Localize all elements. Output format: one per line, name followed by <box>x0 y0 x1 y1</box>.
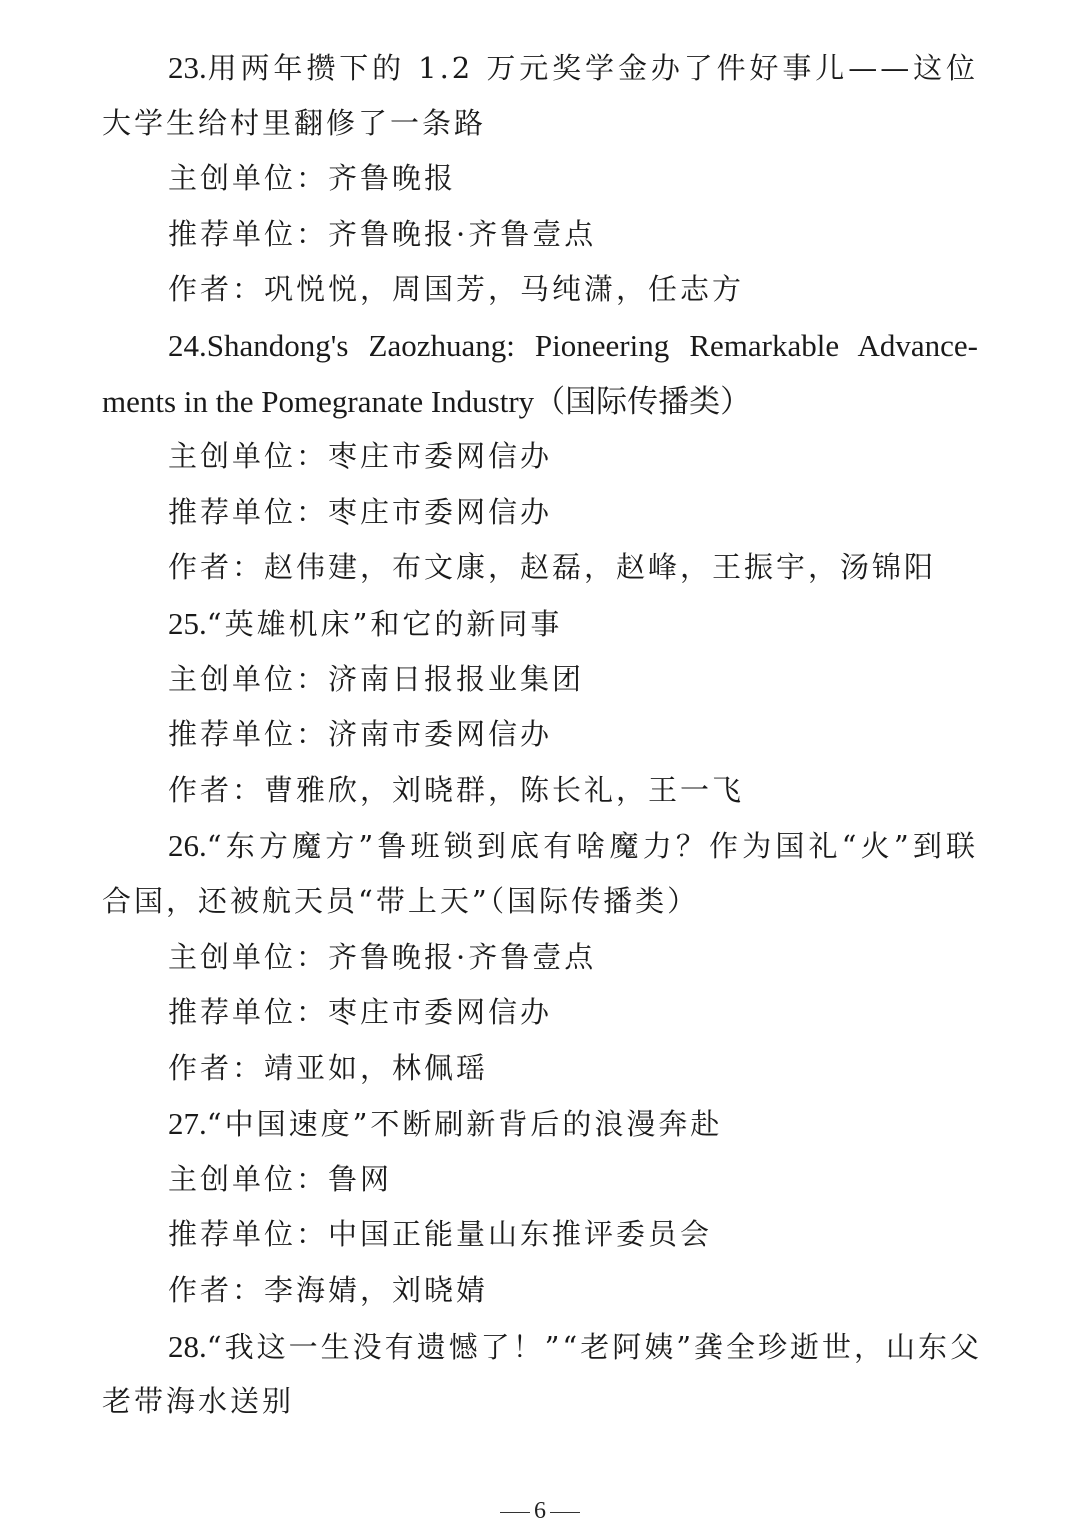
entry-number: 24. <box>168 328 207 363</box>
authors-value: 巩悦悦，周国芳，马纯潇，任志方 <box>264 272 744 306</box>
entry-25-title-line-1: 25.“英雄机床”和它的新同事 <box>102 596 978 652</box>
entry-24-producer: 主创单位：枣庄市委网信办 <box>102 429 978 485</box>
footer-dash-right <box>550 1512 580 1514</box>
entry-number: 25. <box>168 606 207 641</box>
entry-title: “我这一生没有遗憾了！”“老阿姨”龚全珍逝世，山东父 <box>207 1330 982 1364</box>
authors-label: 作者： <box>168 1273 264 1307</box>
producer-label: 主创单位： <box>168 161 328 195</box>
authors-value: 李海婧，刘晓婧 <box>264 1273 488 1307</box>
page-footer: 6 <box>0 1498 1080 1525</box>
authors-value: 赵伟建，布文康，赵磊，赵峰，王振宇，汤锦阳 <box>264 550 936 584</box>
recommender-value: 枣庄市委网信办 <box>328 995 552 1029</box>
entry-number: 27. <box>168 1106 207 1141</box>
entry-25-authors: 作者：曹雅欣，刘晓群，陈长礼，王一飞 <box>102 763 978 819</box>
footer-dash-left <box>500 1512 530 1514</box>
entry-title: “英雄机床”和它的新同事 <box>207 607 563 641</box>
entry-24-recommender: 推荐单位：枣庄市委网信办 <box>102 485 978 541</box>
authors-value: 靖亚如，林佩瑶 <box>264 1051 488 1085</box>
entry-title: 用两年攒下的 1.2 万元奖学金办了件好事儿——这位 <box>207 51 978 85</box>
entry-list: 23.用两年攒下的 1.2 万元奖学金办了件好事儿——这位 大学生给村里翻修了一… <box>102 40 978 1430</box>
entry-28-title-line-2: 老带海水送别 <box>102 1374 978 1430</box>
entry-25-recommender: 推荐单位：济南市委网信办 <box>102 707 978 763</box>
recommender-value: 齐鲁晚报·齐鲁壹点 <box>328 217 596 251</box>
authors-label: 作者： <box>168 272 264 306</box>
recommender-label: 推荐单位： <box>168 495 328 529</box>
authors-label: 作者： <box>168 550 264 584</box>
entry-27-authors: 作者：李海婧，刘晓婧 <box>102 1263 978 1319</box>
entry-24-authors: 作者：赵伟建，布文康，赵磊，赵峰，王振宇，汤锦阳 <box>102 540 978 596</box>
producer-value: 枣庄市委网信办 <box>328 439 552 473</box>
producer-value: 济南日报报业集团 <box>328 662 584 696</box>
entry-title: Shandong's Zaozhuang: Pioneering Remarka… <box>207 328 978 363</box>
entry-23-title-line-2: 大学生给村里翻修了一条路 <box>102 96 978 152</box>
entry-26-recommender: 推荐单位：枣庄市委网信办 <box>102 985 978 1041</box>
producer-value: 鲁网 <box>328 1162 392 1196</box>
recommender-label: 推荐单位： <box>168 1217 328 1251</box>
entry-26-title-line-2: 合国，还被航天员“带上天”（国际传播类） <box>102 874 978 930</box>
recommender-value: 济南市委网信办 <box>328 717 552 751</box>
entry-number: 23. <box>168 50 207 85</box>
recommender-value: 中国正能量山东推评委员会 <box>328 1217 712 1251</box>
authors-label: 作者： <box>168 1051 264 1085</box>
entry-23-producer: 主创单位：齐鲁晚报 <box>102 151 978 207</box>
producer-label: 主创单位： <box>168 1162 328 1196</box>
entry-23-recommender: 推荐单位：齐鲁晚报·齐鲁壹点 <box>102 207 978 263</box>
entry-27-producer: 主创单位：鲁网 <box>102 1152 978 1208</box>
producer-label: 主创单位： <box>168 439 328 473</box>
entry-23-authors: 作者：巩悦悦，周国芳，马纯潇，任志方 <box>102 262 978 318</box>
authors-value: 曹雅欣，刘晓群，陈长礼，王一飞 <box>264 773 744 807</box>
entry-26-producer: 主创单位：齐鲁晚报·齐鲁壹点 <box>102 930 978 986</box>
recommender-label: 推荐单位： <box>168 717 328 751</box>
recommender-value: 枣庄市委网信办 <box>328 495 552 529</box>
producer-label: 主创单位： <box>168 940 328 974</box>
entry-23-title-line-1: 23.用两年攒下的 1.2 万元奖学金办了件好事儿——这位 <box>102 40 978 96</box>
entry-27-title-line-1: 27.“中国速度”不断刷新背后的浪漫奔赴 <box>102 1096 978 1152</box>
entry-26-title-line-1: 26.“东方魔方”鲁班锁到底有啥魔力？作为国礼“火”到联 <box>102 818 978 874</box>
producer-label: 主创单位： <box>168 662 328 696</box>
entry-number: 28. <box>168 1329 207 1364</box>
entry-24-title-line-2: ments in the Pomegranate Industry（国际传播类） <box>102 374 978 430</box>
recommender-label: 推荐单位： <box>168 995 328 1029</box>
entry-title: “东方魔方”鲁班锁到底有啥魔力？作为国礼“火”到联 <box>207 829 978 863</box>
entry-28-title-line-1: 28.“我这一生没有遗憾了！”“老阿姨”龚全珍逝世，山东父 <box>102 1319 978 1375</box>
document-page: 23.用两年攒下的 1.2 万元奖学金办了件好事儿——这位 大学生给村里翻修了一… <box>0 0 1080 1536</box>
page-number: 6 <box>534 1498 546 1524</box>
entry-27-recommender: 推荐单位：中国正能量山东推评委员会 <box>102 1207 978 1263</box>
entry-25-producer: 主创单位：济南日报报业集团 <box>102 652 978 708</box>
entry-number: 26. <box>168 828 207 863</box>
entry-24-title-line-1: 24.Shandong's Zaozhuang: Pioneering Rema… <box>102 318 978 374</box>
entry-26-authors: 作者：靖亚如，林佩瑶 <box>102 1041 978 1097</box>
authors-label: 作者： <box>168 773 264 807</box>
producer-value: 齐鲁晚报·齐鲁壹点 <box>328 940 596 974</box>
entry-title: “中国速度”不断刷新背后的浪漫奔赴 <box>207 1107 723 1141</box>
producer-value: 齐鲁晚报 <box>328 161 456 195</box>
recommender-label: 推荐单位： <box>168 217 328 251</box>
